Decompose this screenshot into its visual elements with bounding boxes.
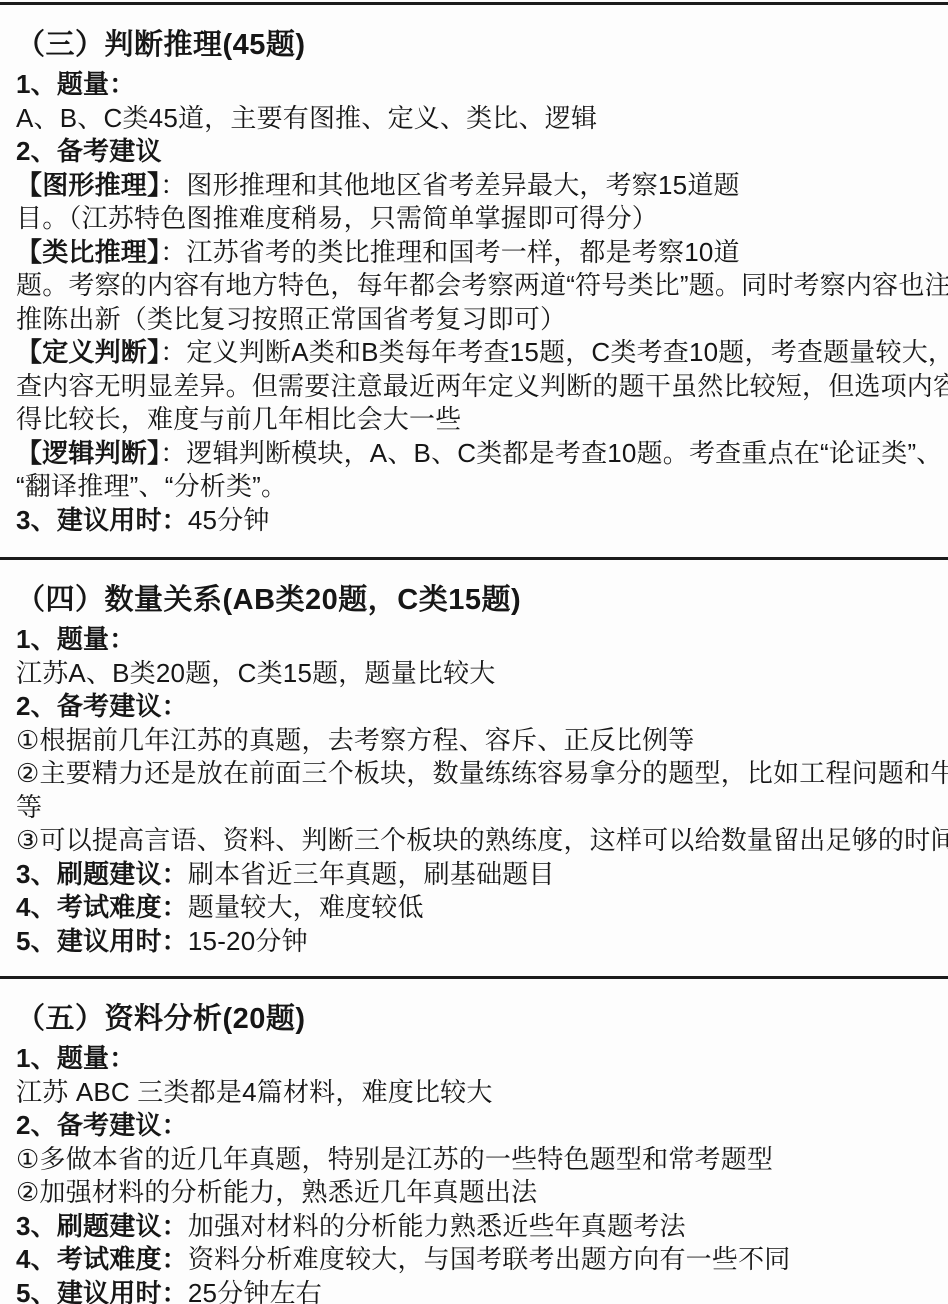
text-line: 得比较长，难度与前几年相比会大一些	[16, 403, 935, 437]
section-divider	[0, 976, 948, 979]
top-rule	[0, 2, 948, 5]
text-line: 1、题量：	[16, 623, 935, 657]
text-line: 推陈出新（类比复习按照正常国省考复习即可）	[16, 303, 935, 337]
text-line: 4、考试难度：题量较大，难度较低	[16, 891, 935, 925]
text-line: 2、备考建议	[16, 135, 935, 169]
document-page: （三）判断推理(45题) 1、题量： A、B、C类45道，主要有图推、定义、类比…	[0, 2, 948, 1304]
text-line: 1、题量：	[16, 1042, 935, 1076]
section-judgment-reasoning: （三）判断推理(45题) 1、题量： A、B、C类45道，主要有图推、定义、类比…	[0, 27, 948, 537]
text-line: 江苏 ABC 三类都是4篇材料，难度比较大	[16, 1076, 935, 1110]
section-title: （四）数量关系(AB类20题，C类15题)	[16, 582, 935, 618]
text-line: 3、建议用时：45分钟	[16, 504, 935, 538]
text-line: 【图形推理】：图形推理和其他地区省考差异最大，考察15道题	[16, 169, 935, 203]
section-body: 1、题量： A、B、C类45道，主要有图推、定义、类比、逻辑 2、备考建议 【图…	[16, 68, 935, 537]
text-line: 江苏A、B类20题，C类15题，题量比较大	[16, 657, 935, 691]
text-line: A、B、C类45道，主要有图推、定义、类比、逻辑	[16, 102, 935, 136]
text-line: 4、考试难度：资料分析难度较大，与国考联考出题方向有一些不同	[16, 1243, 935, 1277]
section-title: （三）判断推理(45题)	[16, 27, 935, 63]
text-line: 【定义判断】：定义判断A类和B类每年考查15题，C类考查10题，考查题量较大，考	[16, 336, 935, 370]
text-line: ③可以提高言语、资料、判断三个板块的熟练度，这样可以给数量留出足够的时间。	[16, 824, 935, 858]
text-line: 1、题量：	[16, 68, 935, 102]
text-line: 目。（江苏特色图推难度稍易，只需简单掌握即可得分）	[16, 202, 935, 236]
text-line: 2、备考建议：	[16, 1109, 935, 1143]
section-body: 1、题量： 江苏 ABC 三类都是4篇材料，难度比较大 2、备考建议： ①多做本…	[16, 1042, 935, 1304]
text-line: 【类比推理】：江苏省考的类比推理和国考一样，都是考察10道	[16, 236, 935, 270]
text-line: 题。考察的内容有地方特色，每年都会考察两道“符号类比”题。同时考察内容也注重	[16, 269, 935, 303]
text-line: “翻译推理”、“分析类”。	[16, 470, 935, 504]
text-line: ①根据前几年江苏的真题，去考察方程、容斥、正反比例等	[16, 724, 935, 758]
section-data-analysis: （五）资料分析(20题) 1、题量： 江苏 ABC 三类都是4篇材料，难度比较大…	[0, 1001, 948, 1304]
text-line: ②加强材料的分析能力，熟悉近几年真题出法	[16, 1176, 935, 1210]
section-divider	[0, 557, 948, 560]
text-line: 查内容无明显差异。但需要注意最近两年定义判断的题干虽然比较短，但选项内容却变	[16, 370, 935, 404]
section-body: 1、题量： 江苏A、B类20题，C类15题，题量比较大 2、备考建议： ①根据前…	[16, 623, 935, 958]
text-line: 3、刷题建议：刷本省近三年真题，刷基础题目	[16, 858, 935, 892]
text-line: ②主要精力还是放在前面三个板块，数量练练容易拿分的题型，比如工程问题和牛吃草	[16, 757, 935, 791]
section-title: （五）资料分析(20题)	[16, 1001, 935, 1037]
text-line: 5、建议用时：25分钟左右	[16, 1277, 935, 1304]
text-line: ①多做本省的近几年真题，特别是江苏的一些特色题型和常考题型	[16, 1143, 935, 1177]
text-line: 等	[16, 791, 935, 825]
text-line: 2、备考建议：	[16, 690, 935, 724]
section-quantitative-relations: （四）数量关系(AB类20题，C类15题) 1、题量： 江苏A、B类20题，C类…	[0, 582, 948, 958]
text-line: 【逻辑判断】：逻辑判断模块，A、B、C类都是考查10题。考查重点在“论证类”、	[16, 437, 935, 471]
text-line: 5、建议用时：15-20分钟	[16, 925, 935, 959]
text-line: 3、刷题建议：加强对材料的分析能力熟悉近些年真题考法	[16, 1210, 935, 1244]
